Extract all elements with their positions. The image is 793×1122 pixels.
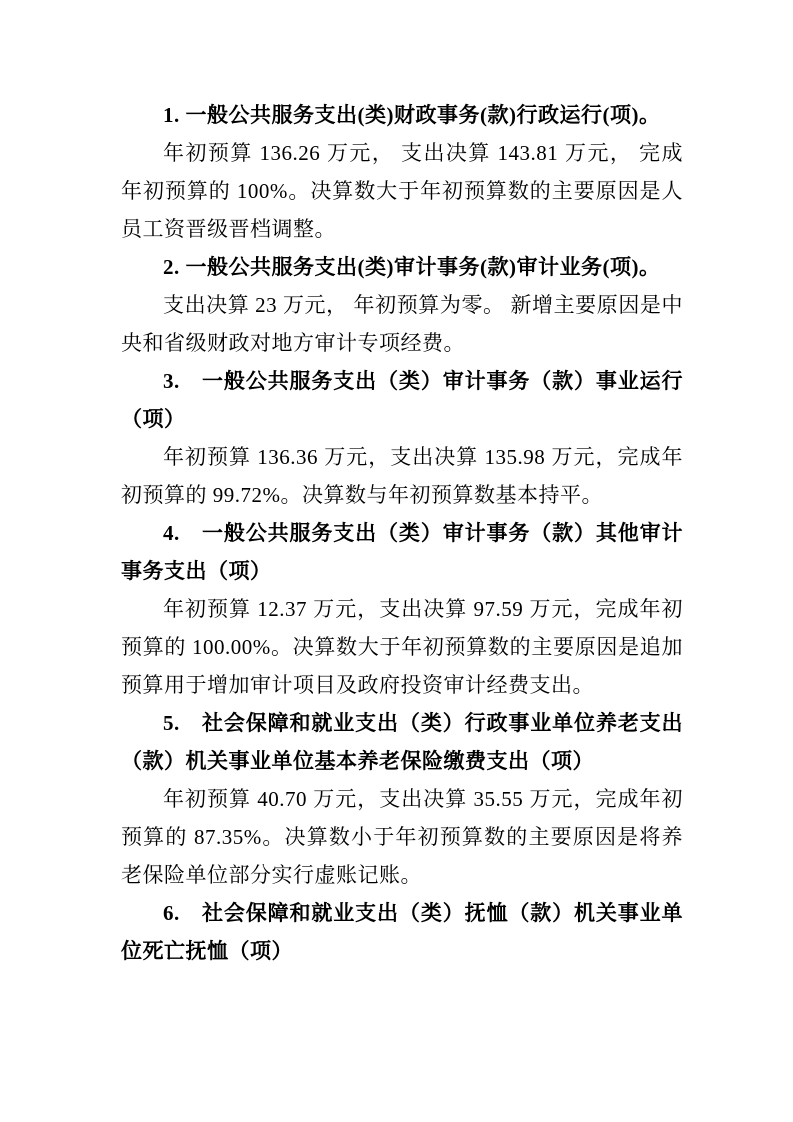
section-5: 5. 社会保障和就业支出（类）行政事业单位养老支出（款）机关事业单位基本养老保险… — [121, 704, 683, 894]
section-6: 6. 社会保障和就业支出（类）抚恤（款）机关事业单位死亡抚恤（项） — [121, 894, 683, 970]
section-2: 2. 一般公共服务支出(类)审计事务(款)审计业务(项)。 支出决算 23 万元… — [121, 248, 683, 362]
section-5-heading: 5. 社会保障和就业支出（类）行政事业单位养老支出（款）机关事业单位基本养老保险… — [121, 704, 683, 780]
section-6-heading: 6. 社会保障和就业支出（类）抚恤（款）机关事业单位死亡抚恤（项） — [121, 894, 683, 970]
section-1: 1. 一般公共服务支出(类)财政事务(款)行政运行(项)。 年初预算 136.2… — [121, 96, 683, 248]
section-1-body: 年初预算 136.26 万元， 支出决算 143.81 万元， 完成年初预算的 … — [121, 134, 683, 248]
section-3: 3. 一般公共服务支出（类）审计事务（款）事业运行（项） 年初预算 136.36… — [121, 362, 683, 514]
section-5-body: 年初预算 40.70 万元，支出决算 35.55 万元，完成年初预算的 87.3… — [121, 780, 683, 894]
section-4-body: 年初预算 12.37 万元，支出决算 97.59 万元，完成年初预算的 100.… — [121, 590, 683, 704]
section-2-body: 支出决算 23 万元， 年初预算为零。 新增主要原因是中央和省级财政对地方审计专… — [121, 286, 683, 362]
section-3-heading: 3. 一般公共服务支出（类）审计事务（款）事业运行（项） — [121, 362, 683, 438]
section-3-body: 年初预算 136.36 万元，支出决算 135.98 万元，完成年初预算的 99… — [121, 438, 683, 514]
section-1-heading: 1. 一般公共服务支出(类)财政事务(款)行政运行(项)。 — [121, 96, 683, 134]
section-4: 4. 一般公共服务支出（类）审计事务（款）其他审计事务支出（项） 年初预算 12… — [121, 514, 683, 704]
document-page: 1. 一般公共服务支出(类)财政事务(款)行政运行(项)。 年初预算 136.2… — [0, 0, 793, 1122]
section-2-heading: 2. 一般公共服务支出(类)审计事务(款)审计业务(项)。 — [121, 248, 683, 286]
section-4-heading: 4. 一般公共服务支出（类）审计事务（款）其他审计事务支出（项） — [121, 514, 683, 590]
document-content: 1. 一般公共服务支出(类)财政事务(款)行政运行(项)。 年初预算 136.2… — [0, 0, 793, 970]
